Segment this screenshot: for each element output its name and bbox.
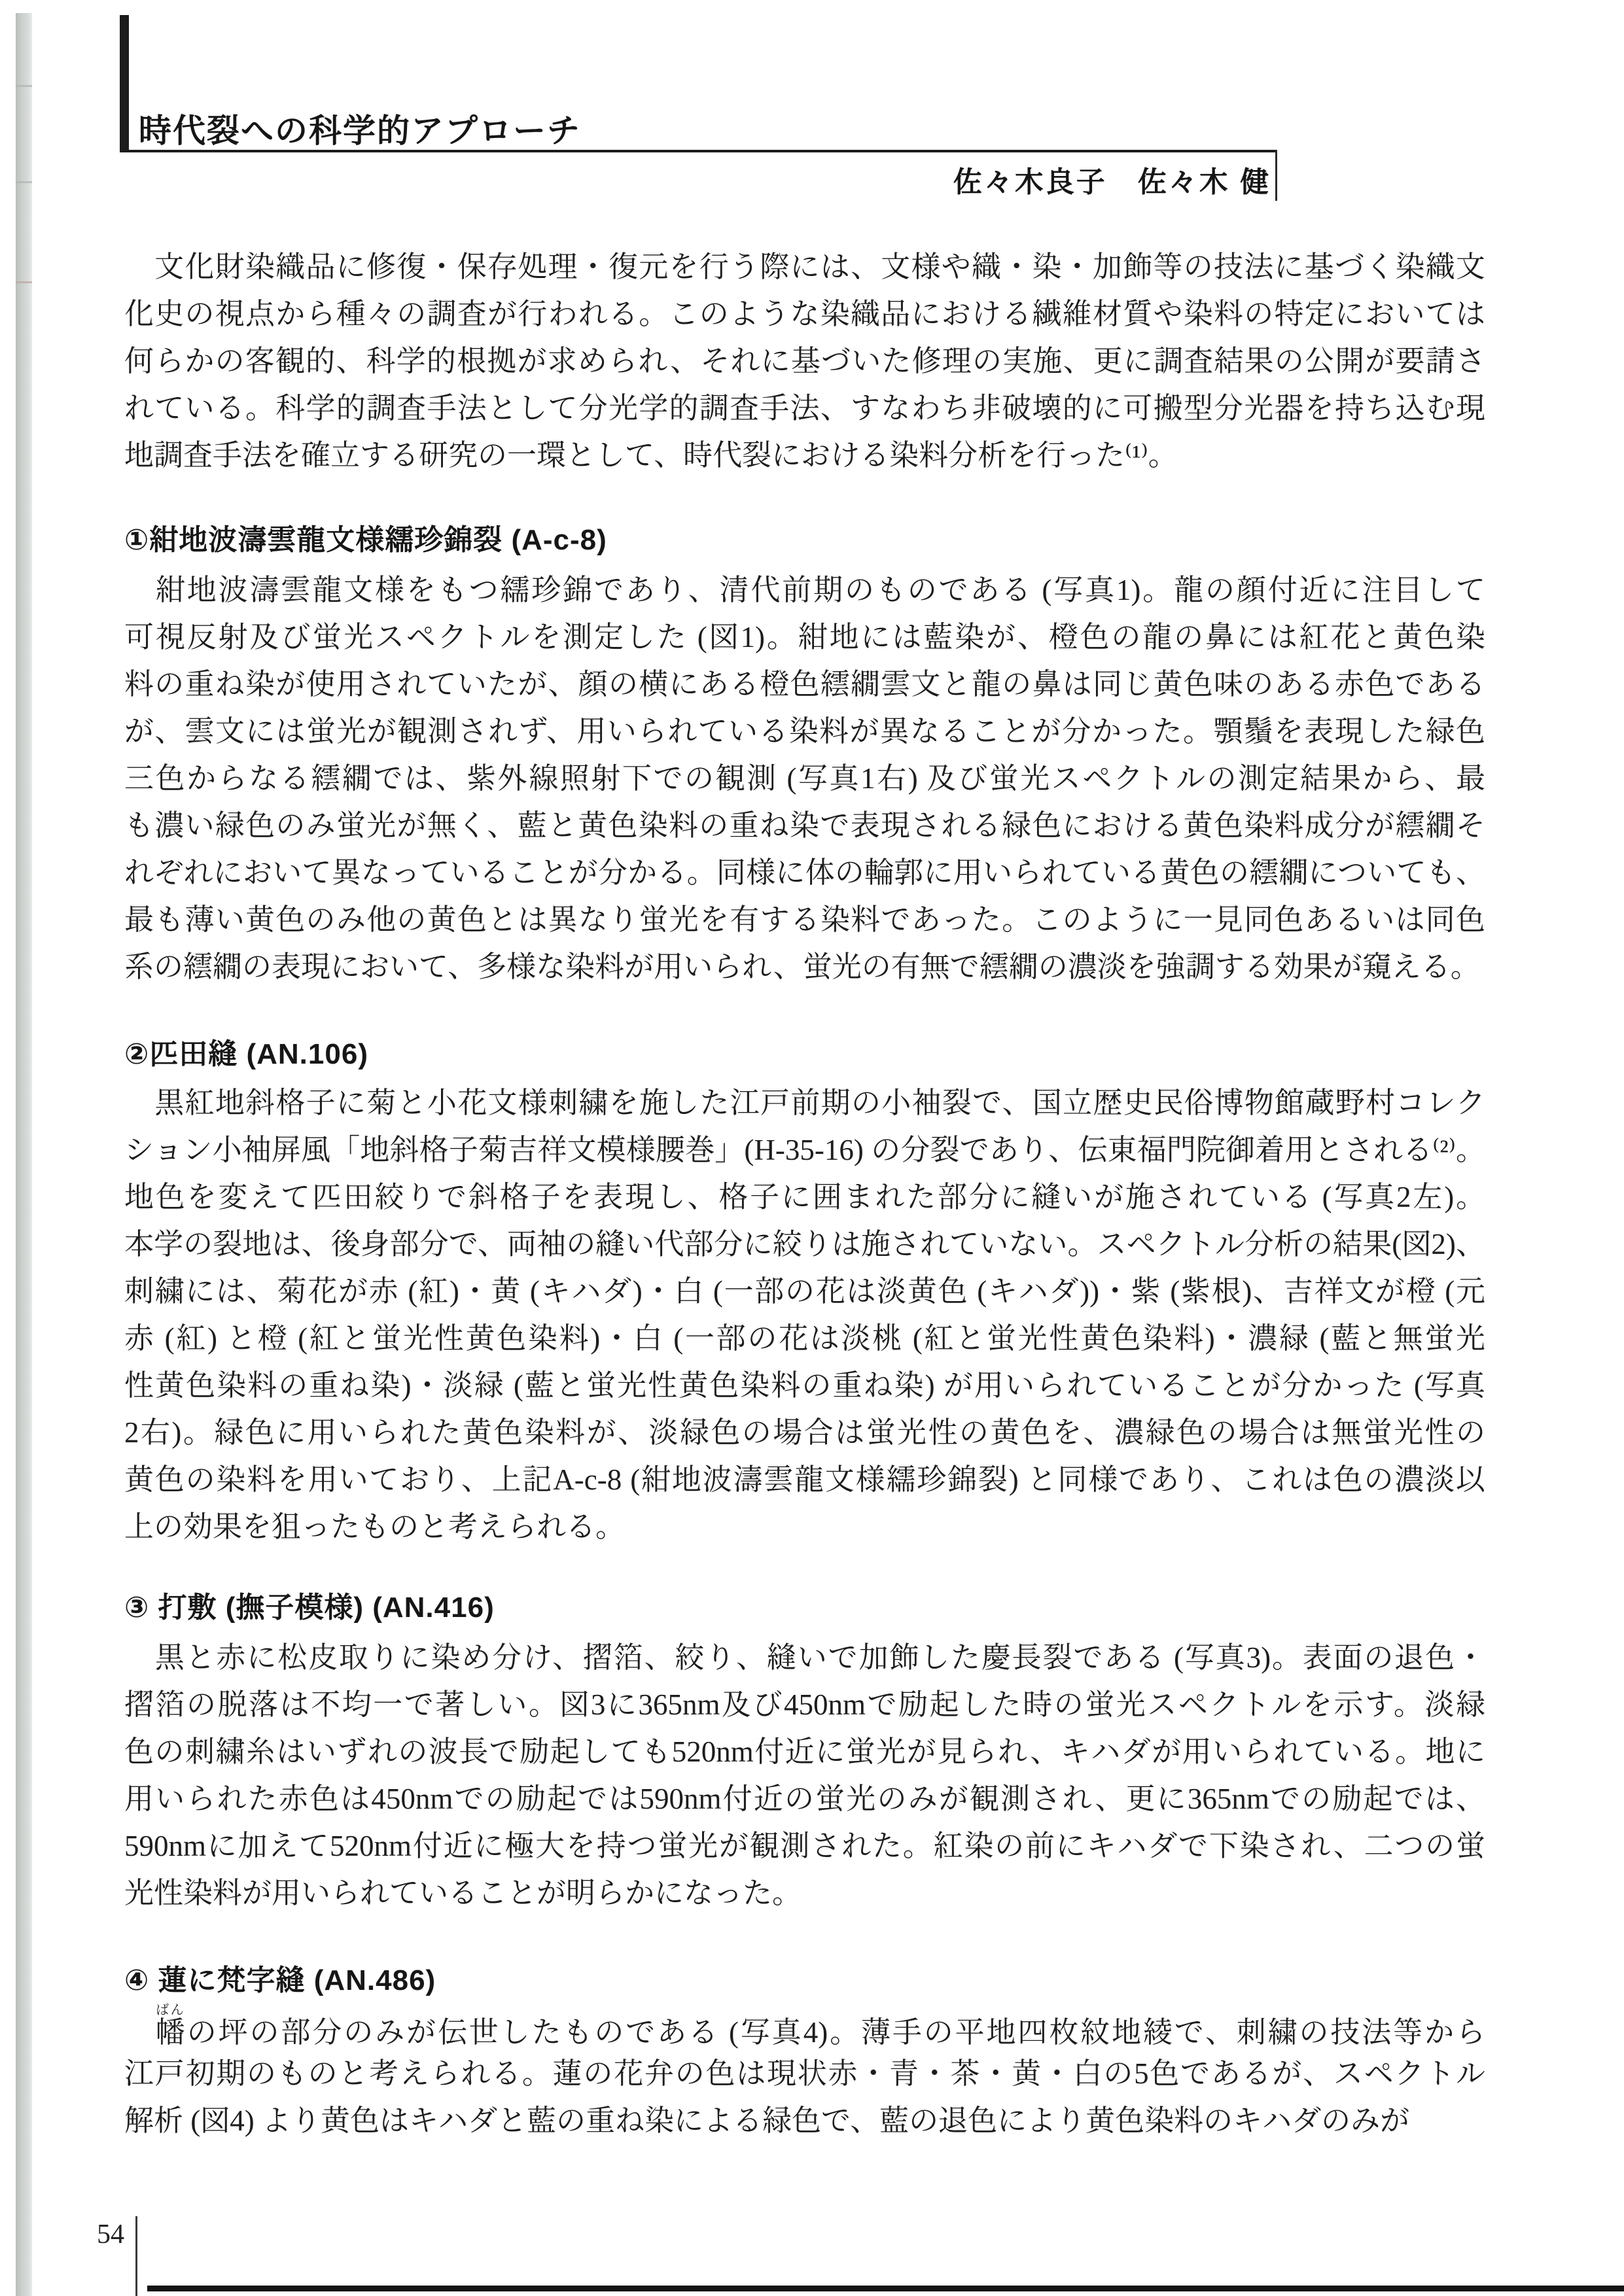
text-line: 三色からなる繧繝では、紫外線照射下での観測 (写真1右) 及び蛍光スペクトルの測…: [124, 755, 1485, 802]
section-3-heading: ③ 打敷 (撫子模様) (AN.416): [124, 1588, 1485, 1627]
text-line: 最も薄い黄色のみ他の黄色とは異なり蛍光を有する染料であった。このように一見同色あ…: [124, 896, 1485, 943]
text-line: 2右)。緑色に用いられた黄色染料が、淡緑色の場合は蛍光性の黄色を、濃緑色の場合は…: [124, 1409, 1485, 1456]
scanned-paper-page: 時代裂への科学的アプローチ 佐々木良子 佐々木 健 文化財染織品に修復・保存処理…: [0, 0, 1624, 2296]
text-line: 黒紅地斜格子に菊と小花文様刺繍を施した江戸前期の小袖裂で、国立歴史民俗博物館蔵野…: [124, 1079, 1485, 1126]
section-4-body: 幡ばんの坪の部分のみが伝世したものである (写真4)。薄手の平地四枚紋地綾で、刺…: [124, 2003, 1485, 2144]
footer-rule: [135, 2216, 137, 2296]
text-line: 色の刺繍糸はいずれの波長で励起しても520nm付近に蛍光が見られ、キハダが用いら…: [124, 1728, 1485, 1775]
text-line: 可視反射及び蛍光スペクトルを測定した (図1)。紺地には藍染が、橙色の龍の鼻には…: [124, 614, 1485, 661]
scan-artifact-line: [16, 281, 32, 283]
text-line: 系の繧繝の表現において、多様な染料が用いられ、蛍光の有無で繧繝の濃淡を強調する効…: [124, 943, 1485, 990]
text-line: 文化財染織品に修復・保存処理・復元を行う際には、文様や織・染・加飾等の技法に基づ…: [124, 243, 1485, 290]
binding-scan-strip: [16, 13, 32, 2296]
text-line: 590nmに加えて520nm付近に極大を持つ蛍光が観測された。紅染の前にキハダで…: [124, 1822, 1485, 1870]
text-line: 紺地波濤雲龍文様をもつ繻珍錦であり、清代前期のものである (写真1)。龍の顔付近…: [124, 566, 1485, 614]
section-4-heading: ④ 蓮に梵字縫 (AN.486): [124, 1961, 1485, 2000]
text-line: も濃い緑色のみ蛍光が無く、藍と黄色染料の重ね染で表現される緑色における黄色染料成…: [124, 802, 1485, 849]
scan-artifact-line: [16, 181, 32, 183]
text-line: 光性染料が用いられていることが明らかになった。: [124, 1870, 1485, 1917]
text-line: 本学の裂地は、後身部分で、両袖の縫い代部分に絞りは施されていない。スペクトル分析…: [124, 1221, 1485, 1268]
text-line: 黒と赤に松皮取りに染め分け、摺箔、絞り、縫いで加飾した慶長裂である (写真3)。…: [124, 1634, 1485, 1681]
section-3-body: 黒と赤に松皮取りに染め分け、摺箔、絞り、縫いで加飾した慶長裂である (写真3)。…: [124, 1634, 1485, 1917]
title-accent-bar: [120, 15, 129, 151]
text-line: れぞれにおいて異なっていることが分かる。同様に体の輪郭に用いられている黄色の繧繝…: [124, 849, 1485, 896]
text-line: 赤 (紅) と橙 (紅と蛍光性黄色染料)・白 (一部の花は淡桃 (紅と蛍光性黄色…: [124, 1315, 1485, 1362]
author-rule: [1275, 150, 1277, 201]
text-line: 江戸初期のものと考えられる。蓮の花弁の色は現状赤・青・茶・黄・白の5色であるが、…: [124, 2050, 1485, 2097]
section-1-heading: ①紺地波濤雲龍文様繻珍錦裂 (A-c-8): [124, 521, 1485, 560]
text-line: 地色を変えて匹田絞りで斜格子を表現し、格子に囲まれた部分に縫いが施されている (…: [124, 1174, 1485, 1221]
title-rule: [120, 150, 1277, 152]
text-line: 上の効果を狙ったものと考えられる。: [124, 1503, 1485, 1550]
text-line: 幡ばんの坪の部分のみが伝世したものである (写真4)。薄手の平地四枚紋地綾で、刺…: [124, 2003, 1485, 2050]
text-line: れている。科学的調査手法として分光学的調査手法、すなわち非破壊的に可搬型分光器を…: [124, 385, 1485, 432]
text-line: 料の重ね染が使用されていたが、顔の横にある橙色繧繝雲文と龍の鼻は同じ黄色味のある…: [124, 661, 1485, 708]
text-line: 地調査手法を確立する研究の一環として、時代裂における染料分析を行った⁽¹⁾。: [124, 432, 1485, 479]
text-line: 黄色の染料を用いており、上記A-c-8 (紺地波濤雲龍文様繻珍錦裂) と同様であ…: [124, 1456, 1485, 1503]
next-page-edge-line: [147, 2286, 1624, 2291]
text-line: 何らかの客観的、科学的根拠が求められ、それに基づいた修理の実施、更に調査結果の公…: [124, 338, 1485, 385]
text-line: 性黄色染料の重ね染)・淡緑 (藍と蛍光性黄色染料の重ね染) が用いられていること…: [124, 1362, 1485, 1409]
text-line: 化史の視点から種々の調査が行われる。このような染織品における繊維材質や染料の特定…: [124, 290, 1485, 338]
page-number: 54: [97, 2219, 124, 2250]
section-1-body: 紺地波濤雲龍文様をもつ繻珍錦であり、清代前期のものである (写真1)。龍の顔付近…: [124, 566, 1485, 990]
text-line: ション小袖屏風「地斜格子菊吉祥文模様腰巻」(H-35-16) の分裂であり、伝東…: [124, 1126, 1485, 1174]
page-title: 時代裂への科学的アプローチ: [139, 105, 581, 152]
text-line: 解析 (図4) より黄色はキハダと藍の重ね染による緑色で、藍の退色により黄色染料…: [124, 2097, 1485, 2144]
authors: 佐々木良子 佐々木 健: [953, 158, 1271, 200]
section-2-heading: ②匹田縫 (AN.106): [124, 1035, 1485, 1074]
section-2-body: 黒紅地斜格子に菊と小花文様刺繍を施した江戸前期の小袖裂で、国立歴史民俗博物館蔵野…: [124, 1079, 1485, 1550]
scan-artifact-line: [16, 85, 32, 87]
intro-paragraph: 文化財染織品に修復・保存処理・復元を行う際には、文様や織・染・加飾等の技法に基づ…: [124, 243, 1485, 479]
text-line: が、雲文には蛍光が観測されず、用いられている染料が異なることが分かった。顎鬚を表…: [124, 708, 1485, 755]
text-line: 用いられた赤色は450nmでの励起では590nm付近の蛍光のみが観測され、更に3…: [124, 1775, 1485, 1822]
text-line: 刺繍には、菊花が赤 (紅)・黄 (キハダ)・白 (一部の花は淡黄色 (キハダ))…: [124, 1268, 1485, 1315]
text-line: 摺箔の脱落は不均一で著しい。図3に365nm及び450nmで励起した時の蛍光スペ…: [124, 1681, 1485, 1728]
